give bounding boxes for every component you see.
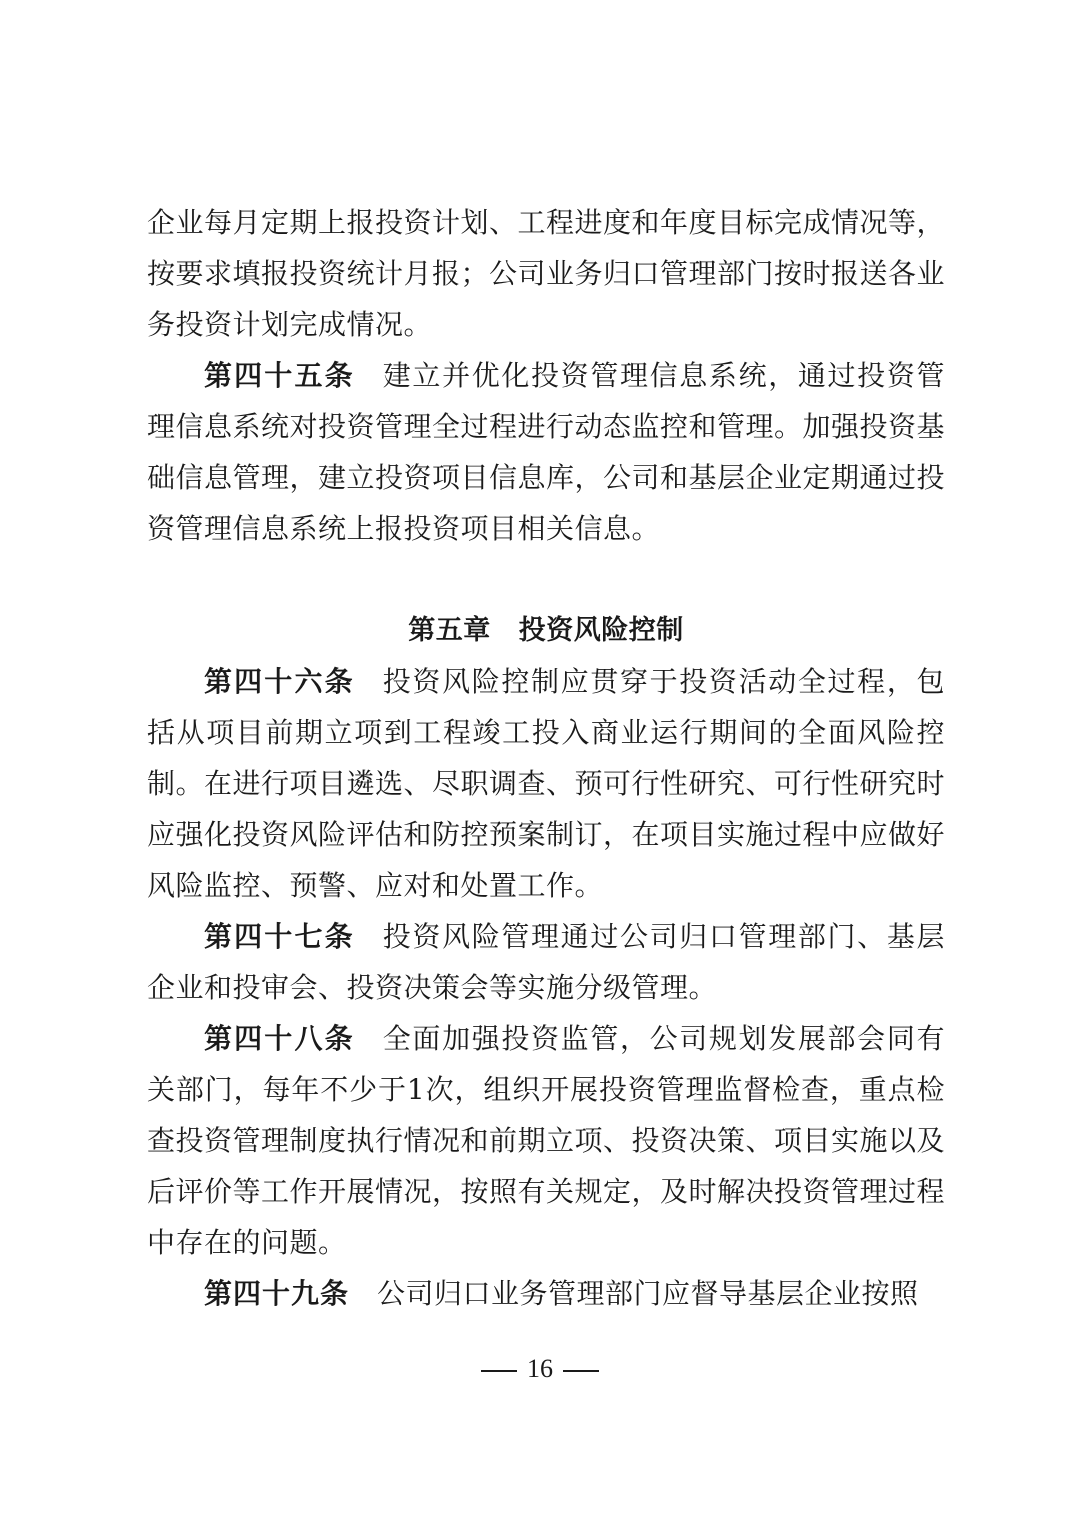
article-48: 第四十八条全面加强投资监管，公司规划发展部会同有关部门，每年不少于1次，组织开展… — [147, 1013, 945, 1268]
dash-right — [563, 1370, 599, 1372]
article-49: 第四十九条公司归口业务管理部门应督导基层企业按照 — [147, 1268, 945, 1319]
article-number: 第四十五条 — [204, 359, 355, 392]
paragraph-continuation: 企业每月定期上报投资计划、工程进度和年度目标完成情况等，按要求填报投资统计月报；… — [147, 197, 945, 350]
article-number: 第四十六条 — [204, 665, 355, 698]
page-footer: 16 — [0, 1354, 1080, 1384]
chapter-title: 投资风险控制 — [519, 615, 684, 646]
article-46: 第四十六条投资风险控制应贯穿于投资活动全过程，包括从项目前期立项到工程竣工投入商… — [147, 656, 945, 911]
page-number: 16 — [527, 1354, 553, 1383]
article-text: 全面加强投资监管，公司规划发展部会同有关部门，每年不少于1次，组织开展投资管理监… — [147, 1022, 945, 1259]
article-45: 第四十五条建立并优化投资管理信息系统，通过投资管理信息系统对投资管理全过程进行动… — [147, 350, 945, 554]
article-47: 第四十七条投资风险管理通过公司归口管理部门、基层企业和投审会、投资决策会等实施分… — [147, 911, 945, 1013]
paragraph-text: 企业每月定期上报投资计划、工程进度和年度目标完成情况等，按要求填报投资统计月报；… — [147, 206, 945, 341]
chapter-number: 第五章 — [408, 615, 491, 646]
document-page: 企业每月定期上报投资计划、工程进度和年度目标完成情况等，按要求填报投资统计月报；… — [147, 197, 945, 1319]
article-number: 第四十八条 — [204, 1022, 355, 1055]
article-text: 公司归口业务管理部门应督导基层企业按照 — [377, 1277, 919, 1310]
article-text: 投资风险控制应贯穿于投资活动全过程，包括从项目前期立项到工程竣工投入商业运行期间… — [147, 665, 945, 902]
dash-left — [481, 1370, 517, 1372]
article-number: 第四十九条 — [204, 1277, 349, 1310]
article-number: 第四十七条 — [204, 920, 355, 953]
chapter-heading: 第五章投资风险控制 — [147, 605, 945, 656]
